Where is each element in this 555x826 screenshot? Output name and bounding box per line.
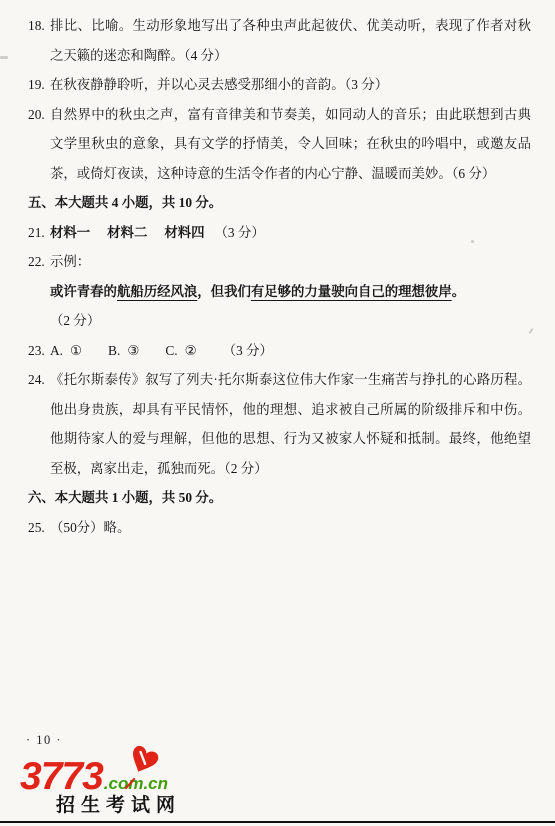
score-label: （2 分）	[50, 306, 531, 336]
item-text: 自然界中的秋虫之声，富有音律美和节奏美，如同动人的音乐；由此联想到古典文学里秋虫…	[50, 100, 531, 189]
choice-answer-b: B.③	[108, 343, 139, 358]
answer-material-3: 材料四	[164, 225, 204, 240]
item-number: 23.	[28, 336, 50, 366]
item-text: 在秋夜静静聆听，并以心灵去感受那细小的音韵。（3 分）	[50, 70, 531, 100]
sentence-part: ，但我们	[197, 284, 251, 299]
item-number: 18.	[28, 11, 50, 41]
answer-item-22: 22. 示例： 或许青春的航船历经风浪，但我们有足够的力量驶向自己的理想彼岸。 …	[28, 247, 531, 336]
section-header-6: 六、本大题共 1 小题，共 50 分。	[28, 483, 531, 513]
item-text: A.①B.③C.②（3 分）	[50, 336, 531, 366]
choice-answer-c: C.②	[165, 343, 196, 358]
circled-answer: ②	[185, 343, 197, 358]
circled-answer: ③	[127, 343, 139, 358]
item-text: （50分）略。	[50, 513, 531, 543]
item-number: 22.	[28, 247, 50, 277]
answer-item-18: 18. 排比、比喻。生动形象地写出了各种虫声此起彼伏、优美动听，表现了作者对秋之…	[28, 11, 531, 70]
item-number: 19.	[28, 70, 50, 100]
item-text: 排比、比喻。生动形象地写出了各种虫声此起彼伏、优美动听，表现了作者对秋之天籁的迷…	[50, 11, 531, 70]
scanned-answer-page: 18. 排比、比喻。生动形象地写出了各种虫声此起彼伏、优美动听，表现了作者对秋之…	[0, 0, 555, 826]
item-number: 25.	[28, 513, 50, 543]
answer-item-23: 23. A.①B.③C.②（3 分）	[28, 336, 531, 366]
item-text: 示例： 或许青春的航船历经风浪，但我们有足够的力量驶向自己的理想彼岸。 （2 分…	[50, 247, 531, 336]
answer-material-1: 材料一	[50, 225, 90, 240]
scan-speck	[0, 56, 8, 59]
scan-speck	[471, 240, 474, 243]
site-name-text: 招生考试网	[56, 790, 181, 817]
score-label: （3 分）	[223, 343, 273, 358]
bottom-border-line	[0, 821, 555, 823]
choice-label: C.	[165, 343, 177, 358]
circled-answer: ①	[70, 343, 82, 358]
sentence-part: 或许青春的	[50, 284, 117, 299]
sentence-part: 。	[452, 284, 465, 299]
choice-label: B.	[108, 343, 120, 358]
item-number: 20.	[28, 100, 50, 130]
answer-item-24: 24. 《托尔斯泰传》叙写了列夫·托尔斯泰这位伟大作家一生痛苦与挣扎的心路历程。…	[28, 365, 531, 483]
underlined-phrase-1: 航船历经风浪	[117, 284, 197, 299]
answer-list: 18. 排比、比喻。生动形象地写出了各种虫声此起彼伏、优美动听，表现了作者对秋之…	[0, 0, 555, 542]
answer-item-21: 21. 材料一材料二材料四（3 分）	[28, 218, 531, 248]
item-text: 《托尔斯泰传》叙写了列夫·托尔斯泰这位伟大作家一生痛苦与挣扎的心路历程。他出身贵…	[50, 365, 531, 483]
section-header-5: 五、本大题共 4 小题，共 10 分。	[28, 188, 531, 218]
underlined-phrase-2: 有足够的力量驶向自己的理想彼岸	[251, 284, 452, 299]
example-label: 示例：	[50, 247, 531, 277]
answer-material-2: 材料二	[107, 225, 147, 240]
answer-item-20: 20. 自然界中的秋虫之声，富有音律美和节奏美，如同动人的音乐；由此联想到古典文…	[28, 100, 531, 189]
answer-item-25: 25. （50分）略。	[28, 513, 531, 543]
item-number: 24.	[28, 365, 50, 395]
choice-answer-a: A.①	[50, 343, 82, 358]
choice-label: A.	[50, 343, 63, 358]
example-sentence: 或许青春的航船历经风浪，但我们有足够的力量驶向自己的理想彼岸。	[50, 277, 531, 307]
answer-item-19: 19. 在秋夜静静聆听，并以心灵去感受那细小的音韵。（3 分）	[28, 70, 531, 100]
page-number: · 10 ·	[26, 733, 62, 748]
item-text: 材料一材料二材料四（3 分）	[50, 218, 531, 248]
heart-balloon-icon	[114, 741, 166, 793]
score-label: （3 分）	[215, 225, 265, 240]
item-number: 21.	[28, 218, 50, 248]
